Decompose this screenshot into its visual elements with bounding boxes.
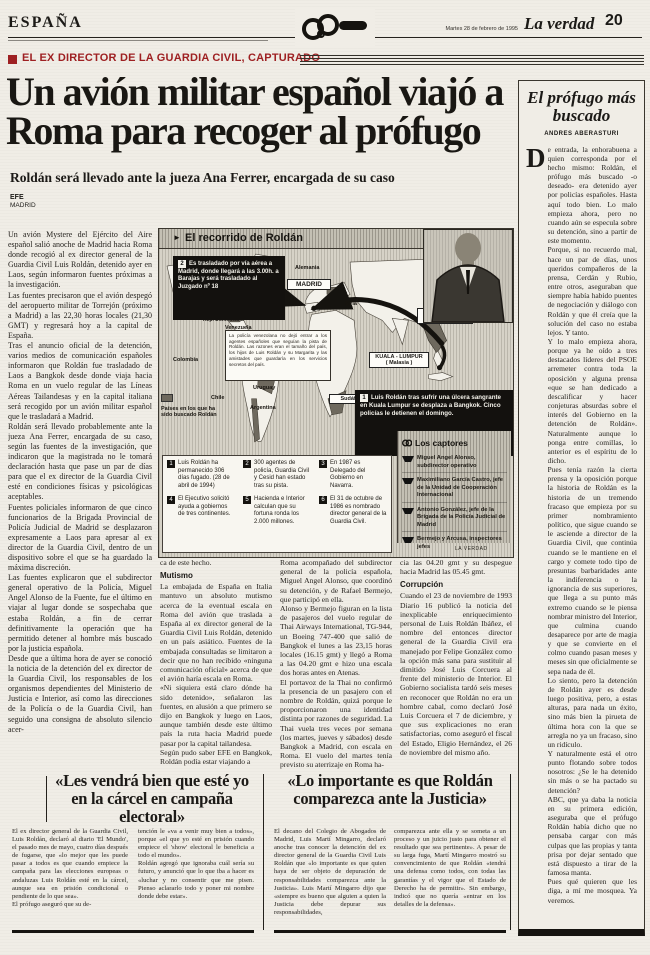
header-rule-2 bbox=[8, 40, 268, 41]
edition-date: Martes 28 de febrero de 1995 bbox=[408, 26, 518, 32]
captor-item: Miguel Angel Alonso, subdirector operati… bbox=[402, 455, 507, 473]
quote-b-bottom-rule bbox=[274, 930, 506, 933]
column-2-lead: ca de este hecho. bbox=[160, 558, 272, 567]
quote-a-bottom-rule bbox=[12, 930, 254, 933]
quote-b-headline: «Lo importante es que Roldán comparezca … bbox=[272, 772, 508, 808]
marker-icon bbox=[402, 508, 414, 514]
opinion-title: El prófugo más buscado bbox=[526, 89, 637, 125]
arrow-icon: ► bbox=[173, 233, 181, 242]
kicker-rules bbox=[300, 53, 644, 65]
opinion-author: ANDRES ABERASTURI bbox=[526, 131, 637, 137]
callout-1-text: Luis Roldán tras sufrir una úlcera sangr… bbox=[360, 394, 501, 417]
map-label-uruguay: Uruguay bbox=[253, 386, 275, 392]
quote-box-roldan: «Les vendrá bien que esté yo en la cárce… bbox=[8, 772, 258, 934]
article-column-4: cia las 04.20 gmt y su despegue hacia Ma… bbox=[400, 558, 512, 770]
subhead: Roldán será llevado ante la jueza Ana Fe… bbox=[10, 170, 510, 186]
fact-item: 6El 31 de octubre de 1986 es nombrado di… bbox=[319, 496, 387, 526]
map-key-swatch-icon bbox=[161, 394, 173, 402]
quote-b-column-2: comparezca ante ella y se someta a un pr… bbox=[394, 828, 506, 924]
opinion-sidebar: El prófugo más buscado ANDRES ABERASTURI… bbox=[518, 80, 645, 936]
quote-a-headline: «Les vendrá bien que esté yo en la cárce… bbox=[8, 772, 258, 825]
column-2-heading: Mutismo bbox=[160, 571, 272, 580]
handcuffs-logo-icon bbox=[295, 8, 375, 48]
map-key-label: Países en los que ha sido buscado Roldán bbox=[161, 406, 217, 419]
headline: Un avión militar español viajó a Roma pa… bbox=[6, 72, 514, 150]
quote-b-column-1: El decano del Colegio de Abogados de Mad… bbox=[274, 828, 386, 924]
fact-item: 5Hacienda e Interior calculan que su for… bbox=[243, 496, 311, 526]
kicker-square-icon bbox=[8, 55, 17, 64]
captor-item: Maximiliano García Castro, jefe de la Un… bbox=[402, 477, 507, 503]
infographic-title: El recorrido de Roldán bbox=[185, 232, 303, 244]
captores-title: Los captores bbox=[415, 438, 468, 448]
article-column-2: ca de este hecho. Mutismo La embajada de… bbox=[160, 558, 272, 770]
captores-rings-icon bbox=[402, 434, 412, 452]
fact-item: 1Luis Roldán ha permanecido 306 días fug… bbox=[167, 460, 235, 490]
opinion-body: e entrada, la enhorabuena a quien corres… bbox=[548, 145, 638, 905]
kicker-label: EL EX DIRECTOR DE LA GUARDIA CIVIL, CAPT… bbox=[22, 52, 320, 64]
quote-a-column-2: tención le «va a venir muy bien a todos»… bbox=[138, 828, 254, 924]
fact-item: 2300 agentes de policía, Guardia Civil y… bbox=[243, 460, 311, 490]
callout-2-number: 2 bbox=[178, 260, 186, 268]
byline-place: MADRID bbox=[10, 202, 36, 209]
roldan-photo bbox=[423, 229, 513, 323]
infographic-credit: LA VERDAD bbox=[455, 546, 488, 552]
fact-item: 4El Ejecutivo solicitó ayuda a gobiernos… bbox=[167, 496, 235, 526]
map-label-alemania: Alemania bbox=[295, 266, 319, 272]
marker-icon bbox=[402, 537, 414, 543]
captores-panel: Los captores Miguel Angel Alonso, subdir… bbox=[397, 431, 511, 543]
quote-box-justicia: «Lo importante es que Roldán comparezca … bbox=[272, 772, 508, 934]
map-label-argentina: Argentina bbox=[250, 406, 276, 412]
column-4-heading: Corrupción bbox=[400, 580, 512, 589]
article-column-3: Roma acompañado del subdirector general … bbox=[280, 558, 392, 770]
map-label-colombia: Colombia bbox=[173, 358, 198, 364]
page-number: 20 bbox=[605, 12, 623, 30]
map-label-madrid: MADRID bbox=[287, 279, 331, 290]
byline-agency: EFE bbox=[10, 194, 24, 201]
quote-a-column-1: El ex director general de la Guardia Civ… bbox=[12, 828, 128, 924]
masthead: La verdad bbox=[524, 14, 594, 34]
column-4-body: Cuando el 23 de noviembre de 1993 Diario… bbox=[400, 591, 512, 757]
map-label-kuala-lumpur: KUALA - LUMPUR ( Malasia ) bbox=[369, 352, 429, 368]
article-column-1: Un avión Mystere del Ejército del Aire e… bbox=[8, 230, 152, 768]
map-key: Países en los que ha sido buscado Roldán bbox=[161, 394, 217, 419]
facts-box: 1Luis Roldán ha permanecido 306 días fug… bbox=[162, 455, 392, 553]
map-label-siria: Siria bbox=[345, 302, 357, 308]
section-title: ESPAÑA bbox=[8, 14, 83, 32]
captor-item: Antonio González, jefe de la Brigada de … bbox=[402, 507, 507, 533]
callout-madrid: 2Es trasladado por vía aérea a Madrid, d… bbox=[173, 256, 285, 320]
callout-2-text: Es trasladado por vía aérea a Madrid, do… bbox=[178, 261, 279, 290]
marker-icon bbox=[402, 456, 414, 462]
quote-divider-rule bbox=[263, 774, 264, 930]
drop-cap: D bbox=[526, 145, 548, 169]
marker-icon bbox=[402, 478, 414, 484]
callout-1-number: 1 bbox=[360, 394, 368, 402]
newspaper-page: ESPAÑA Martes 28 de febrero de 1995 La v… bbox=[0, 0, 650, 955]
column-4-lead: cia las 04.20 gmt y su despegue hacia Ma… bbox=[400, 558, 512, 576]
route-infographic: ► El recorrido de Roldán bbox=[158, 228, 514, 558]
venezuela-note: La policía venezolana no dejó entrar a l… bbox=[225, 330, 331, 381]
fact-item: 3En 1987 es Delegado del Gobierno en Nav… bbox=[319, 460, 387, 490]
quote-b-right-rule bbox=[510, 774, 511, 930]
column-2-body: La embajada de España en Italia mantuvo … bbox=[160, 582, 272, 766]
